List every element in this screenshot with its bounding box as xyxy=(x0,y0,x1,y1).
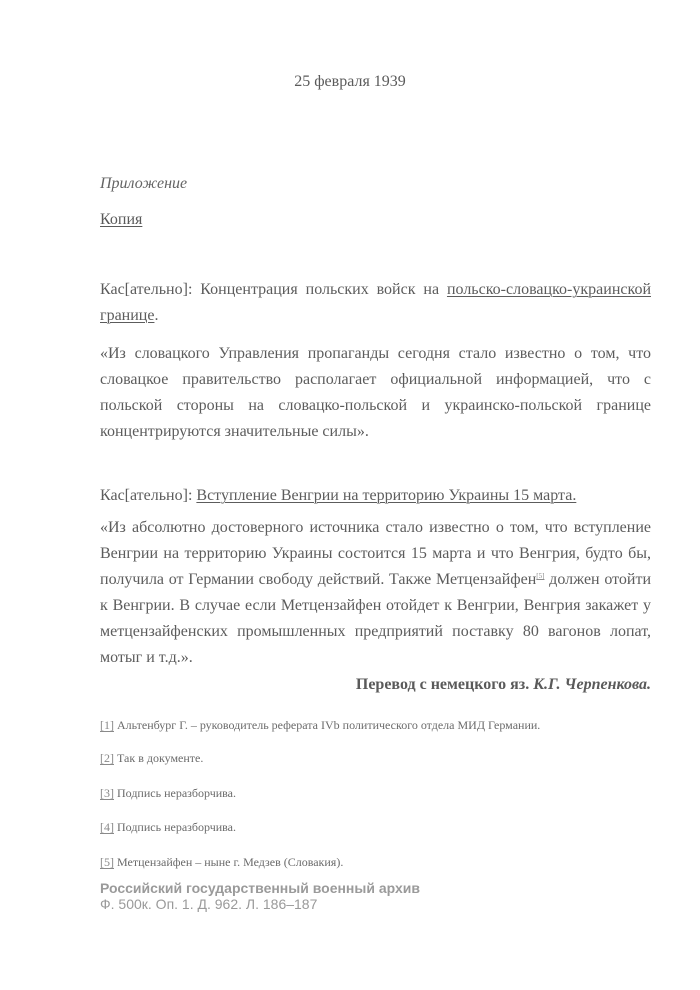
section2-subject-underlined: Вступление Венгрии на территорию Украины… xyxy=(196,487,576,504)
document-page: 25 февраля 1939 Приложение Копия Кас[ате… xyxy=(0,0,700,990)
footnote-4-text: Подпись неразборчива. xyxy=(114,820,236,834)
footnote-5: [5] Метцензайфен – ныне г. Медзев (Слова… xyxy=(100,855,343,870)
section2-subject: Кас[ательно]: Вступление Венгрии на терр… xyxy=(100,483,651,509)
footnote-1-text: Альтенбург Г. – руководитель реферата IV… xyxy=(114,718,540,732)
archive-reference: Ф. 500к. Оп. 1. Д. 962. Л. 186–187 xyxy=(100,896,420,912)
footnote-1: [1] Альтенбург Г. – руководитель реферат… xyxy=(100,718,540,733)
footnote-2-ref-link[interactable]: [2] xyxy=(100,751,114,765)
footnote-5-text: Метцензайфен – ныне г. Медзев (Словакия)… xyxy=(114,855,343,869)
footnote-1-ref-link[interactable]: [1] xyxy=(100,718,114,732)
footnote-3: [3] Подпись неразборчива. xyxy=(100,786,236,801)
section2-quote: «Из абсолютно достоверного источника ста… xyxy=(100,515,651,671)
archive-name: Российский государственный военный архив xyxy=(100,880,420,896)
appendix-label: Приложение xyxy=(100,175,187,193)
footnote-2-text: Так в документе. xyxy=(114,751,203,765)
section1-subject: Кас[ательно]: Концентрация польских войс… xyxy=(100,277,651,329)
archive-source: Российский государственный военный архив… xyxy=(100,880,420,912)
footnote-4-ref-link[interactable]: [4] xyxy=(100,820,114,834)
footnote-5-ref-link[interactable]: [5] xyxy=(100,855,114,869)
section1-quote: «Из словацкого Управления пропаганды сег… xyxy=(100,341,651,445)
document-date: 25 февраля 1939 xyxy=(0,73,700,91)
section1-subject-suffix: . xyxy=(154,307,158,324)
footnote-2: [2] Так в документе. xyxy=(100,751,203,766)
translation-credit: Перевод с немецкого яз. К.Г. Черпенкова. xyxy=(356,676,651,694)
footnote-3-text: Подпись неразборчива. xyxy=(114,786,236,800)
footnote-3-ref-link[interactable]: [3] xyxy=(100,786,114,800)
section2-subject-prefix: Кас[ательно]: xyxy=(100,487,196,504)
footnote-4: [4] Подпись неразборчива. xyxy=(100,820,236,835)
translator-name: К.Г. Черпенкова. xyxy=(533,676,651,693)
section1-subject-prefix: Кас[ательно]: Концентрация польских войс… xyxy=(100,281,447,298)
copy-label: Копия xyxy=(100,211,142,229)
translation-prefix: Перевод с немецкого яз. xyxy=(356,676,533,693)
